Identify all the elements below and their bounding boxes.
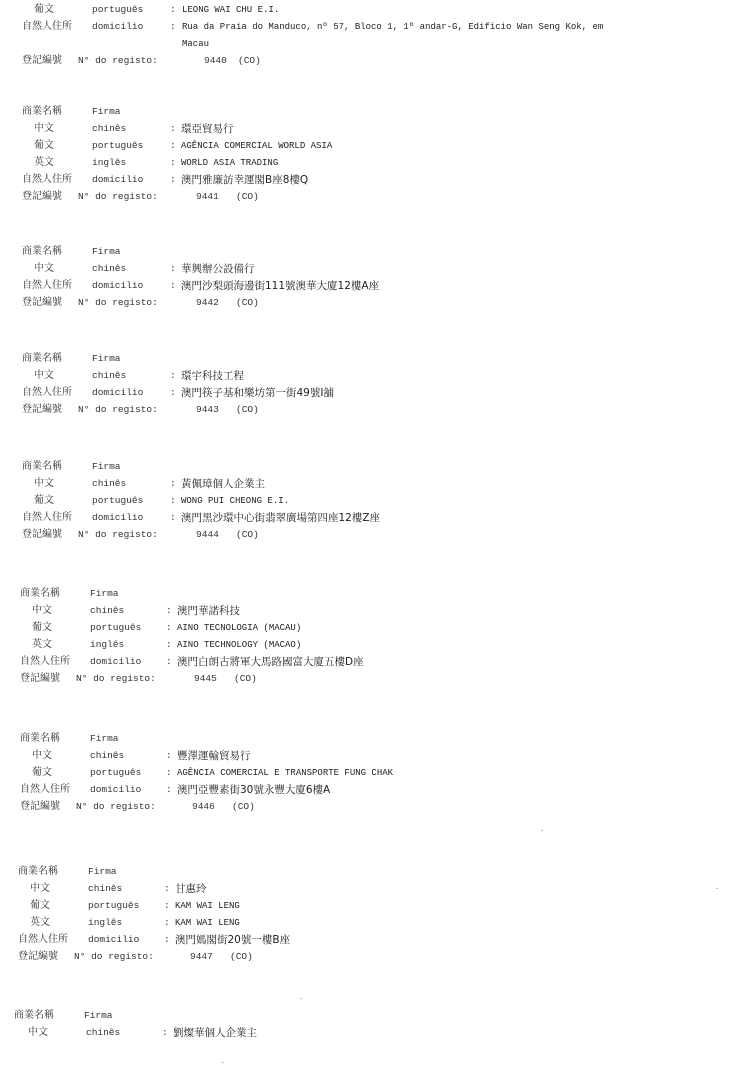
registo-label-zh: 登記編號 <box>22 295 62 311</box>
registo-label-pt: N° do registo: <box>74 949 154 965</box>
chines-name: 環宇科技工程 <box>181 368 244 384</box>
domicilio-label-zh: 自然人住所 <box>22 510 72 526</box>
firma-label-pt: Firma <box>92 459 121 475</box>
firma-label-pt: Firma <box>92 244 121 260</box>
domicilio-label-pt: domicilio <box>92 19 143 35</box>
domicilio-address: 澳門白朗古將軍大馬路國富大廈五樓D座 <box>177 654 364 670</box>
ingles-label-pt: inglês <box>92 155 126 171</box>
chines-name: 黃佩璋個人企業主 <box>181 476 265 492</box>
domicilio-address: 澳門沙梨頭海邊街111號澳華大廈12樓A座 <box>181 278 379 294</box>
portugues-label-zh: 葡文 <box>34 493 54 509</box>
domicilio-label-zh: 自然人住所 <box>22 172 72 188</box>
colon: : <box>164 898 170 914</box>
registo-suffix: (CO) <box>236 189 259 205</box>
colon: : <box>166 654 172 670</box>
domicilio-label-pt: domicilio <box>90 654 141 670</box>
registo-suffix: (CO) <box>230 949 253 965</box>
domicilio-label-pt: domicilio <box>92 172 143 188</box>
firma-label-zh: 商業名稱 <box>22 244 62 260</box>
domicilio-label-zh: 自然人住所 <box>22 385 72 401</box>
chines-label-pt: chinês <box>92 261 126 277</box>
portugues-name: AGÊNCIA COMERCIAL WORLD ASIA <box>181 138 332 154</box>
domicilio-label-zh: 自然人住所 <box>20 782 70 798</box>
colon: : <box>166 782 172 798</box>
colon: : <box>170 385 176 401</box>
colon: : <box>166 637 172 653</box>
registo-number: 9446 <box>192 799 215 815</box>
domicilio-label-pt: domicilio <box>90 782 141 798</box>
registo-label-pt: N° do registo: <box>76 671 156 687</box>
portugues-label-pt: português <box>92 138 143 154</box>
portugues-label-zh: 葡文 <box>32 620 52 636</box>
chines-label-pt: chinês <box>90 748 124 764</box>
registo-label-zh: 登記編號 <box>22 527 62 543</box>
domicilio-address: 澳門媽閣街20號一樓B座 <box>175 932 290 948</box>
domicilio-label-pt: domicilio <box>92 510 143 526</box>
registo-suffix: (CO) <box>236 402 259 418</box>
registo-label-zh: 登記編號 <box>22 53 62 69</box>
colon: : <box>170 476 176 492</box>
colon: : <box>170 155 176 171</box>
chines-label-zh: 中文 <box>32 603 52 619</box>
chines-label-zh: 中文 <box>30 881 50 897</box>
domicilio-address: 澳門黑沙環中心街翡翠廣場第四座12樓Z座 <box>181 510 380 526</box>
colon: : <box>170 493 176 509</box>
firma-label-pt: Firma <box>92 104 121 120</box>
portugues-label-pt: português <box>92 493 143 509</box>
chines-name: 劉燦華個人企業主 <box>173 1025 257 1041</box>
chines-label-zh: 中文 <box>34 261 54 277</box>
registo-label-pt: N° do registo: <box>78 295 158 311</box>
registo-label-pt: N° do registo: <box>76 799 156 815</box>
chines-name: 澳門華諾科技 <box>177 603 240 619</box>
firma-label-pt: Firma <box>90 586 119 602</box>
colon: : <box>170 121 176 137</box>
portugues-label-zh: 葡文 <box>34 2 54 18</box>
ingles-name: AINO TECHNOLOGY (MACAO) <box>177 637 301 653</box>
firma-label-pt: Firma <box>84 1008 113 1024</box>
chines-label-zh: 中文 <box>34 121 54 137</box>
registo-label-zh: 登記編號 <box>20 671 60 687</box>
domicilio-address: 澳門亞豐素街30號永豐大廈6樓A <box>177 782 330 798</box>
registo-number: 9442 <box>196 295 219 311</box>
colon: : <box>164 881 170 897</box>
registo-suffix: (CO) <box>236 295 259 311</box>
registo-number: 9447 <box>190 949 213 965</box>
registo-label-zh: 登記編號 <box>22 189 62 205</box>
colon: : <box>166 603 172 619</box>
firma-label-pt: Firma <box>88 864 117 880</box>
colon: : <box>170 2 176 18</box>
ingles-label-zh: 英文 <box>30 915 50 931</box>
registo-suffix: (CO) <box>232 799 255 815</box>
scan-speck <box>541 830 543 831</box>
domicilio-label-zh: 自然人住所 <box>20 654 70 670</box>
chines-label-pt: chinês <box>92 368 126 384</box>
colon: : <box>170 278 176 294</box>
registo-label-zh: 登記編號 <box>18 949 58 965</box>
portugues-name: AINO TECNOLOGIA (MACAU) <box>177 620 301 636</box>
chines-name: 華興辦公設備行 <box>181 261 255 277</box>
colon: : <box>170 172 176 188</box>
chines-name: 豐澤運輸貿易行 <box>177 748 251 764</box>
chines-label-pt: chinês <box>86 1025 120 1041</box>
portugues-label-zh: 葡文 <box>34 138 54 154</box>
colon: : <box>166 748 172 764</box>
colon: : <box>170 138 176 154</box>
firma-label-zh: 商業名稱 <box>18 864 58 880</box>
registo-suffix: (CO) <box>234 671 257 687</box>
portugues-name: WONG PUI CHEONG E.I. <box>181 493 289 509</box>
chines-label-zh: 中文 <box>34 368 54 384</box>
domicilio-address: 澳門筷子基和樂坊第一街49號I舖 <box>181 385 334 401</box>
ingles-label-pt: inglês <box>90 637 124 653</box>
chines-label-pt: chinês <box>92 121 126 137</box>
registo-label-pt: N° do registo: <box>78 527 158 543</box>
ingles-label-zh: 英文 <box>34 155 54 171</box>
domicilio-address-continued: Macau <box>182 36 209 52</box>
colon: : <box>166 765 172 781</box>
colon: : <box>164 915 170 931</box>
registo-number: 9440 <box>204 53 227 69</box>
portugues-label-zh: 葡文 <box>32 765 52 781</box>
ingles-label-zh: 英文 <box>32 637 52 653</box>
firma-label-zh: 商業名稱 <box>22 351 62 367</box>
domicilio-label-pt: domicilio <box>92 385 143 401</box>
portugues-name: AGÊNCIA COMERCIAL E TRANSPORTE FUNG CHAK <box>177 765 393 781</box>
domicilio-address: 澳門雅廉訪幸運閣B座8樓Q <box>181 172 308 188</box>
portugues-label-pt: português <box>90 765 141 781</box>
registo-label-pt: N° do registo: <box>78 53 158 69</box>
registo-number: 9441 <box>196 189 219 205</box>
colon: : <box>170 510 176 526</box>
registo-number: 9444 <box>196 527 219 543</box>
colon: : <box>164 932 170 948</box>
registo-label-zh: 登記編號 <box>22 402 62 418</box>
scan-speck <box>716 888 718 889</box>
portugues-name: LEONG WAI CHU E.I. <box>182 2 279 18</box>
chines-name: 環亞貿易行 <box>181 121 234 137</box>
ingles-name: WORLD ASIA TRADING <box>181 155 278 171</box>
registo-number: 9445 <box>194 671 217 687</box>
colon: : <box>170 19 176 35</box>
registo-suffix: (CO) <box>238 53 261 69</box>
domicilio-label-zh: 自然人住所 <box>22 278 72 294</box>
firma-label-pt: Firma <box>92 351 121 367</box>
firma-label-zh: 商業名稱 <box>20 731 60 747</box>
chines-label-zh: 中文 <box>34 476 54 492</box>
chines-name: 甘惠玲 <box>175 881 207 897</box>
firma-label-zh: 商業名稱 <box>22 459 62 475</box>
ingles-name: KAM WAI LENG <box>175 915 240 931</box>
domicilio-label-zh: 自然人住所 <box>22 19 72 35</box>
portugues-label-pt: português <box>90 620 141 636</box>
chines-label-zh: 中文 <box>28 1025 48 1041</box>
colon: : <box>170 368 176 384</box>
registo-label-zh: 登記編號 <box>20 799 60 815</box>
colon: : <box>170 261 176 277</box>
portugues-label-pt: português <box>88 898 139 914</box>
chines-label-pt: chinês <box>88 881 122 897</box>
domicilio-label-pt: domicilio <box>88 932 139 948</box>
firma-label-pt: Firma <box>90 731 119 747</box>
domicilio-label-zh: 自然人住所 <box>18 932 68 948</box>
firma-label-zh: 商業名稱 <box>20 586 60 602</box>
portugues-label-pt: português <box>92 2 143 18</box>
colon: : <box>166 620 172 636</box>
chines-label-pt: chinês <box>92 476 126 492</box>
scan-speck <box>222 1062 224 1063</box>
domicilio-address: Rua da Praia do Manduco, nº 57, Bloco 1,… <box>182 19 603 35</box>
registo-label-pt: N° do registo: <box>78 402 158 418</box>
registo-suffix: (CO) <box>236 527 259 543</box>
portugues-name: KAM WAI LENG <box>175 898 240 914</box>
chines-label-pt: chinês <box>90 603 124 619</box>
colon: : <box>162 1025 168 1041</box>
scan-speck <box>300 998 302 999</box>
chines-label-zh: 中文 <box>32 748 52 764</box>
firma-label-zh: 商業名稱 <box>22 104 62 120</box>
firma-label-zh: 商業名稱 <box>14 1008 54 1024</box>
domicilio-label-pt: domicilio <box>92 278 143 294</box>
registo-label-pt: N° do registo: <box>78 189 158 205</box>
ingles-label-pt: inglês <box>88 915 122 931</box>
registo-number: 9443 <box>196 402 219 418</box>
portugues-label-zh: 葡文 <box>30 898 50 914</box>
